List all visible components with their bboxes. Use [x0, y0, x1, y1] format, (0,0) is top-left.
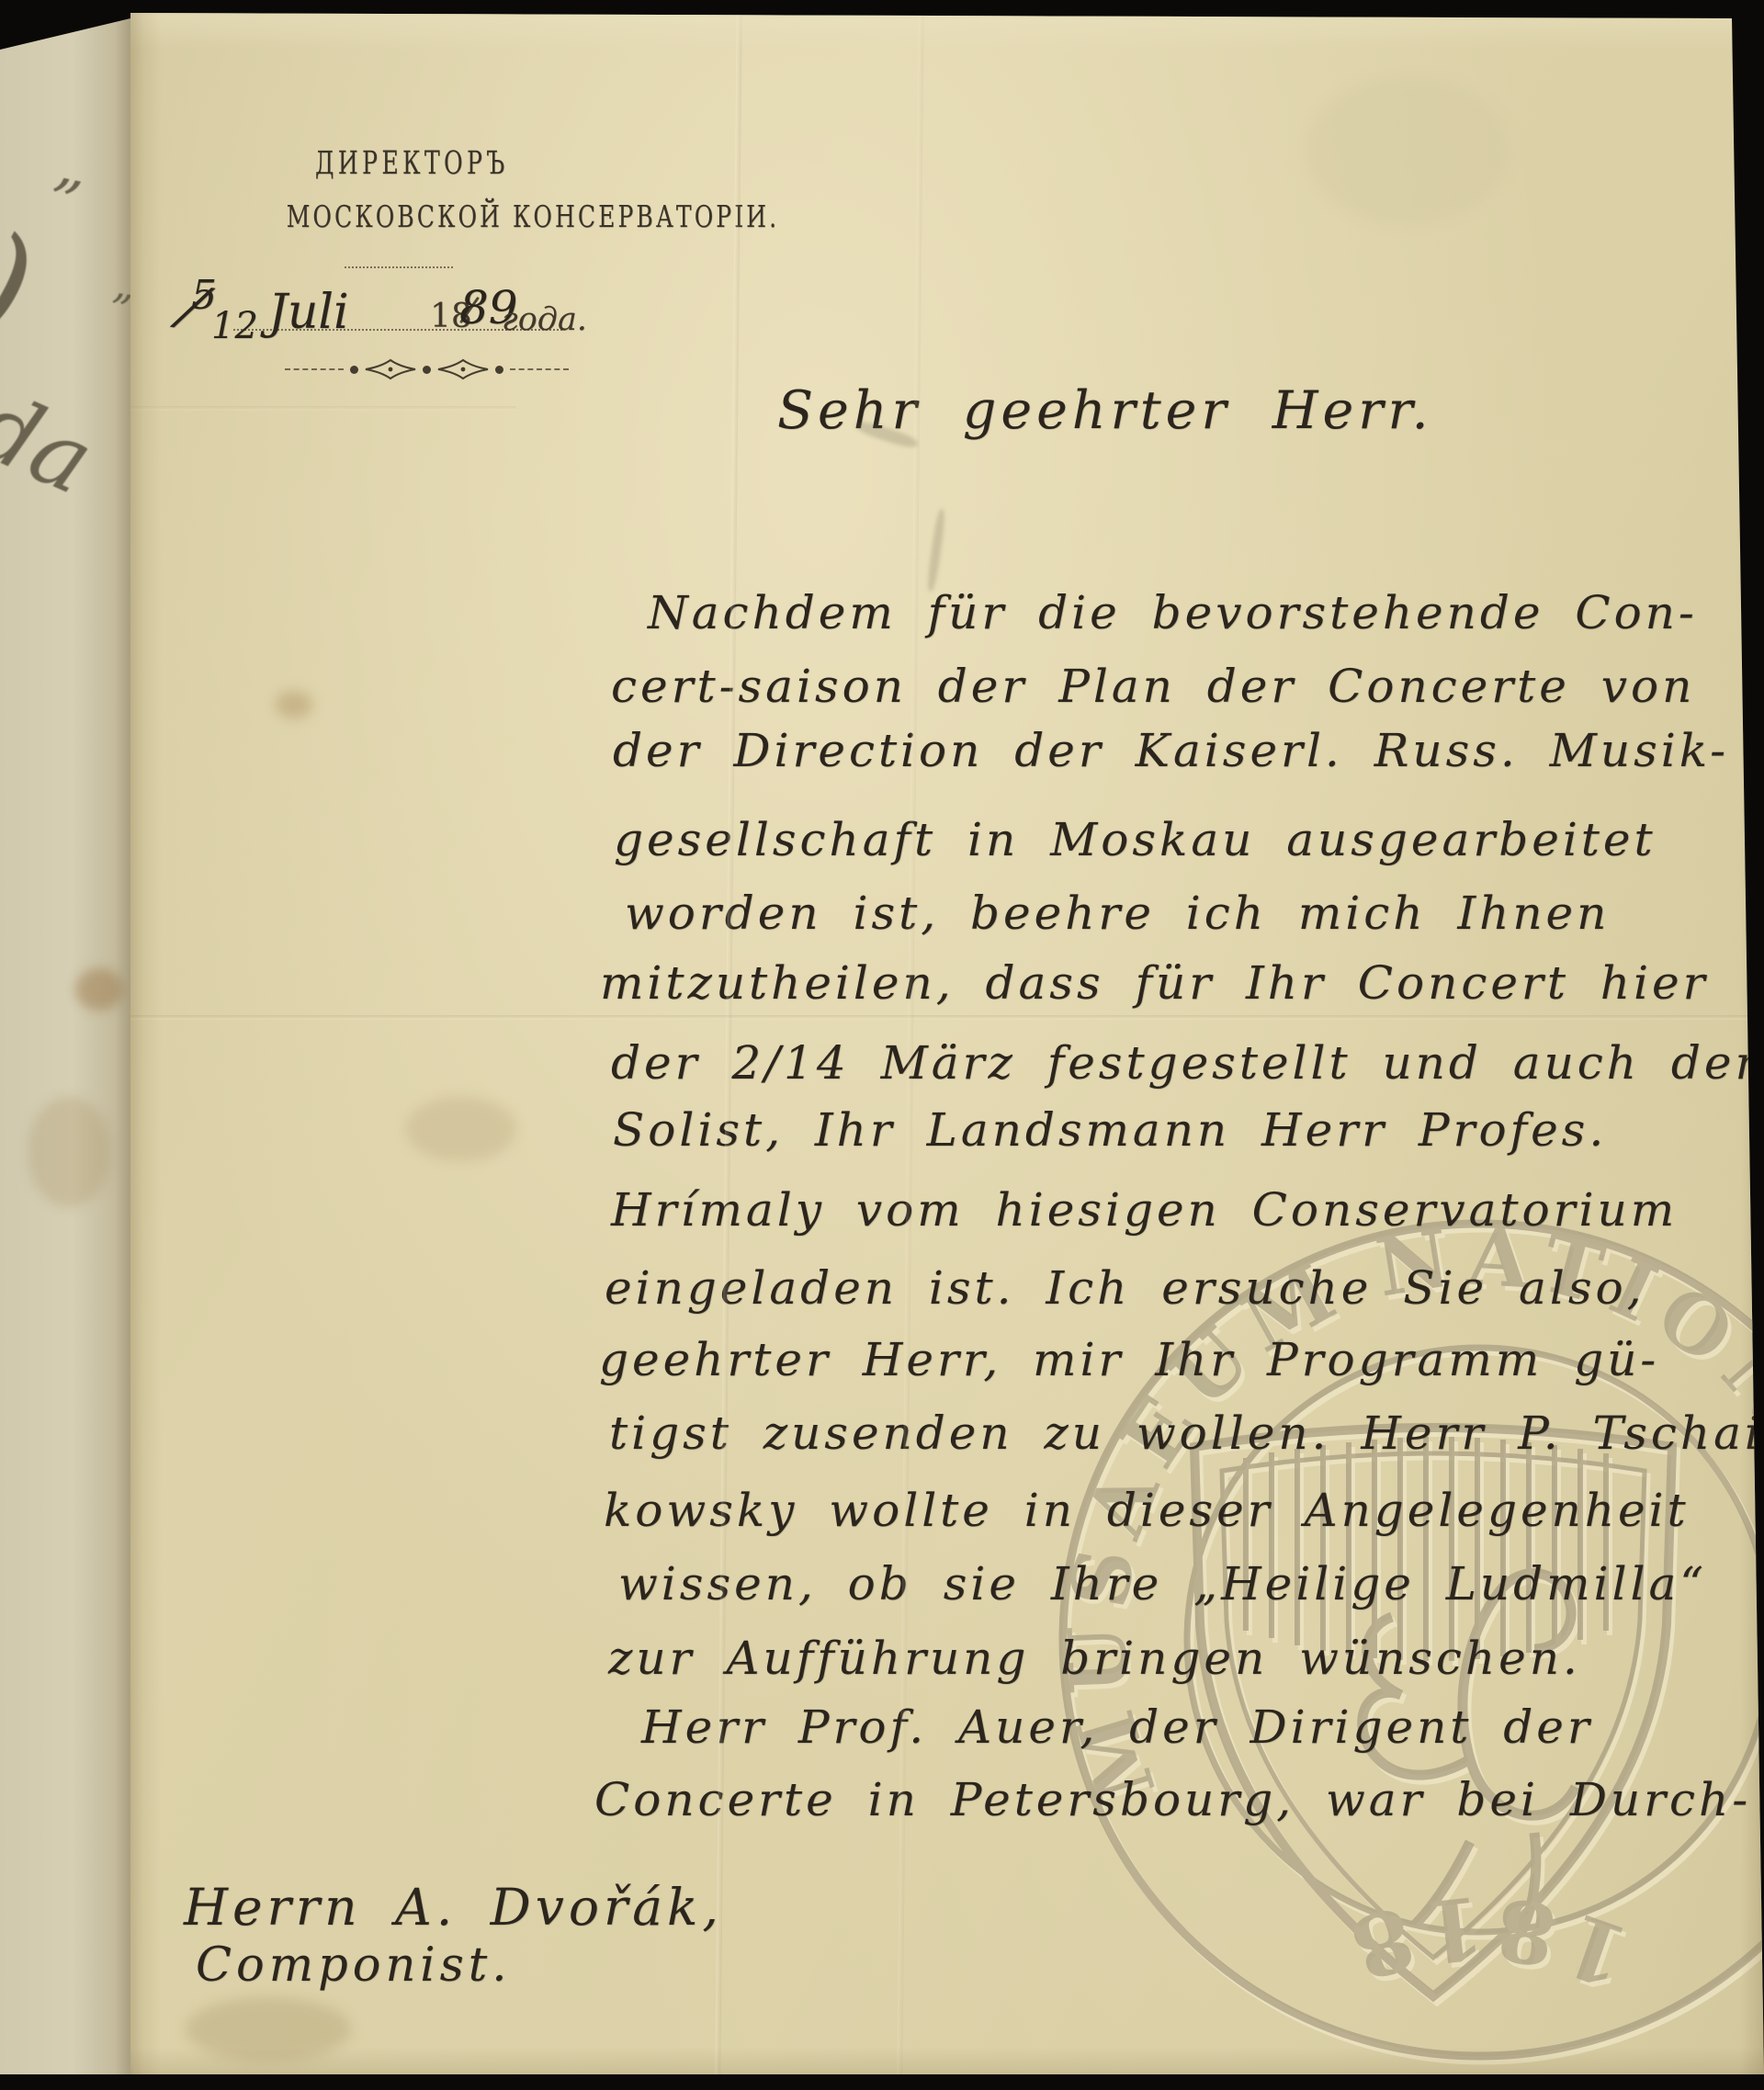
recipient-name: Herrn A. Dvořák, — [184, 1878, 723, 1937]
divider-line-icon — [285, 368, 344, 370]
divider-line-icon — [510, 368, 569, 370]
horizontal-crease — [130, 406, 516, 411]
printed-rule-top — [345, 266, 453, 268]
stain-spot — [28, 1097, 110, 1207]
stain-spot — [406, 1097, 516, 1161]
letter-line: cert-saison der Plan der Concerte von — [611, 660, 1695, 713]
margin-fragment-paren: ) — [0, 203, 51, 372]
letter-line: der Direction der Kaiserl. Russ. Musik- — [613, 724, 1729, 777]
letter-line: gesellschaft in Moskau ausgearbeitet — [614, 813, 1657, 866]
letter-line: zur Aufführung bringen wünschen. — [608, 1632, 1581, 1685]
letterhead-line1: ДИРЕКТОРЪ — [315, 145, 509, 182]
letter-line: Solist, Ihr Landsmann Herr Profes. — [613, 1103, 1607, 1157]
divider-dot-icon — [423, 366, 431, 374]
divider-dot-icon — [350, 366, 358, 374]
letter-line: tigst zusenden zu wollen. Herr P. Tschai… — [609, 1407, 1764, 1460]
letter-line: Concerte in Petersbourg, war bei Durch- — [594, 1773, 1751, 1826]
divider-diamond-icon — [365, 358, 416, 380]
date-year-suffix: года. — [502, 301, 587, 338]
letterhead-line2: МОСКОВСКОЙ КОНСЕРВАТОРІИ. — [287, 198, 779, 234]
letter-line: mitzutheilen, dass für Ihr Concert hier — [600, 956, 1709, 1010]
stain-spot — [75, 968, 123, 1011]
folded-page-edge: „ ) „ da — [0, 13, 130, 2074]
letter-line: wissen, ob sie Ihre „Heilige Ludmilla“ — [618, 1557, 1707, 1610]
letter-line: der 2/14 März festgestellt und auch der — [611, 1036, 1760, 1090]
divider-dot-icon — [495, 366, 503, 374]
letter-line: Nachdem für die bevorstehende Con- — [648, 586, 1698, 639]
date-day-gregorian: 12 — [211, 305, 258, 347]
paper-sheen — [1306, 77, 1509, 224]
margin-fragment-quote-large: „ — [50, 128, 95, 203]
date-month: Juli — [268, 285, 349, 340]
letter-line: geehrter Herr, mir Ihr Programm gü- — [599, 1333, 1659, 1386]
ghost-offset-mark — [926, 509, 946, 593]
letter-line: kowsky wollte in dieser Angelegenheit — [604, 1484, 1690, 1537]
stain-spot — [186, 1997, 351, 2062]
letter-line: Herr Prof. Auer, der Dirigent der — [641, 1700, 1593, 1754]
letter-line: eingeladen ist. Ich ersuche Sie also, — [605, 1261, 1645, 1315]
stain-spot — [276, 691, 312, 718]
horizontal-fold-crease — [130, 1015, 1764, 1020]
divider-diamond-icon — [437, 358, 489, 380]
letter-line: Hrímaly vom hiesigen Conservatorium — [611, 1183, 1678, 1237]
scanned-letter-photo: { "document": { "letterhead": { "line1":… — [0, 0, 1764, 2090]
recipient-title: Componist. — [196, 1938, 511, 1993]
letter-line: worden ist, beehre ich mich Ihnen — [625, 887, 1610, 940]
margin-fragment-da: da — [0, 371, 108, 515]
printed-divider-ornament — [285, 358, 569, 380]
letter-page: MUSAEUM NATIONALE 1818 — [130, 13, 1764, 2074]
